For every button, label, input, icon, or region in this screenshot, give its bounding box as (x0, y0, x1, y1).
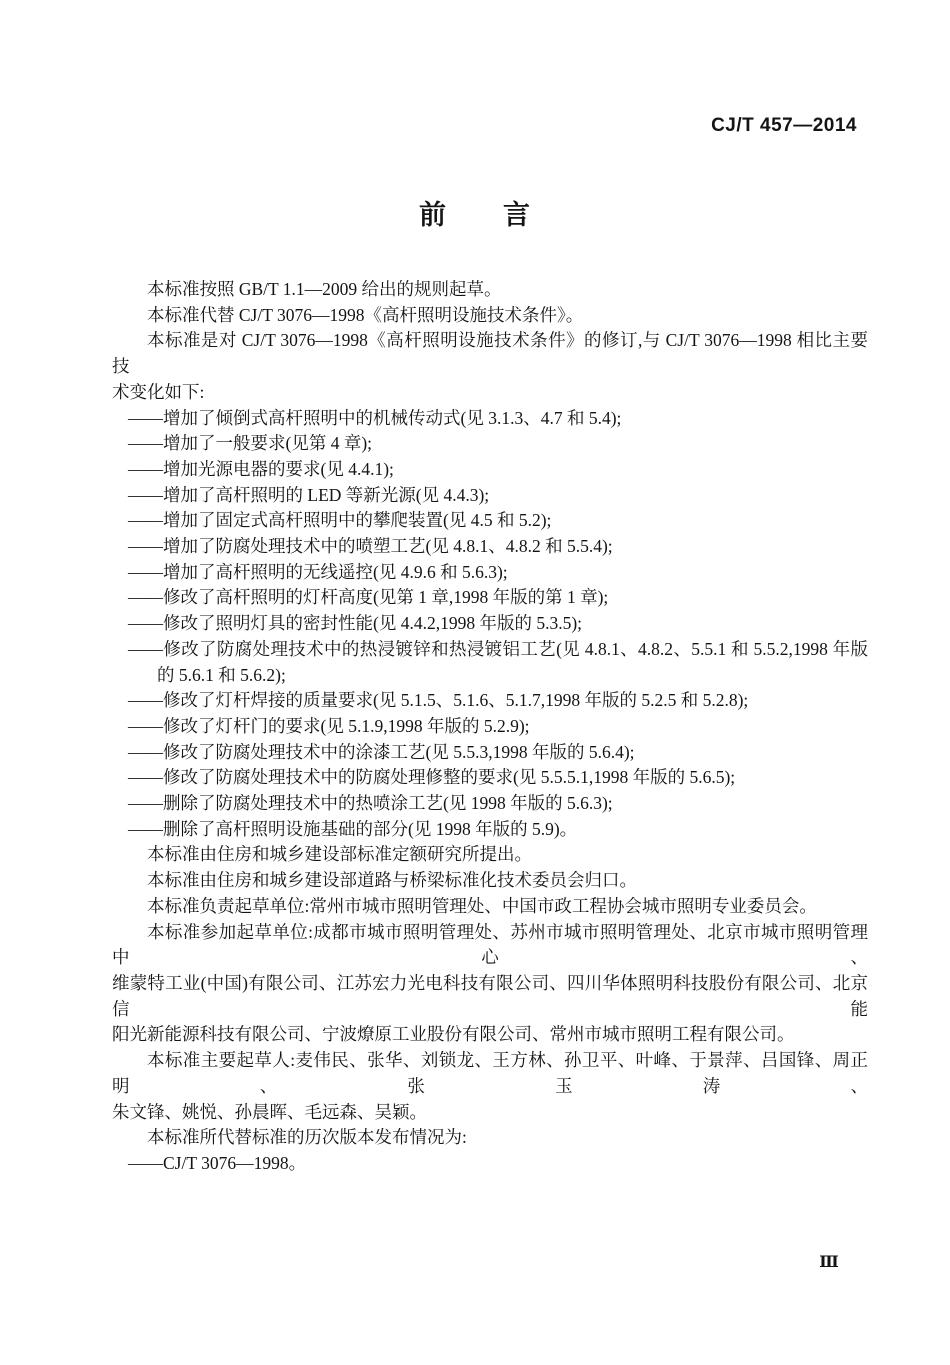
text-line: 本标准主要起草人:麦伟民、张华、刘锁龙、王方林、孙卫平、叶峰、于景萍、吕国锋、周… (112, 1048, 868, 1099)
document-page: CJ/T 457—2014 前 言 本标准按照 GB/T 1.1—2009 给出… (0, 0, 950, 1365)
text-line: ——修改了灯杆门的要求(见 5.1.9,1998 年版的 5.2.9); (112, 714, 868, 740)
text-line: ——删除了防腐处理技术中的热喷涂工艺(见 1998 年版的 5.6.3); (112, 791, 868, 817)
text-line: ——修改了高杆照明的灯杆高度(见第 1 章,1998 年版的第 1 章); (112, 585, 868, 611)
text-line: 阳光新能源科技有限公司、宁波燎原工业股份有限公司、常州市城市照明工程有限公司。 (112, 1022, 868, 1048)
text-line: 本标准由住房和城乡建设部道路与桥梁标准化技术委员会归口。 (112, 868, 868, 894)
text-line: 本标准代替 CJ/T 3076—1998《高杆照明设施技术条件》。 (112, 303, 868, 329)
text-line: 本标准所代替标准的历次版本发布情况为: (112, 1125, 868, 1151)
text-line: ——修改了防腐处理技术中的防腐处理修整的要求(见 5.5.5.1,1998 年版… (112, 765, 868, 791)
text-line: ——CJ/T 3076—1998。 (112, 1151, 868, 1177)
foreword-body: 本标准按照 GB/T 1.1—2009 给出的规则起草。本标准代替 CJ/T 3… (112, 277, 868, 1177)
text-line: 本标准由住房和城乡建设部标准定额研究所提出。 (112, 842, 868, 868)
text-line: ——增加了防腐处理技术中的喷塑工艺(见 4.8.1、4.8.2 和 5.5.4)… (112, 534, 868, 560)
page-number: Ⅲ (807, 1252, 851, 1272)
text-line: ——修改了照明灯具的密封性能(见 4.4.2,1998 年版的 5.3.5); (112, 611, 868, 637)
page-title: 前 言 (0, 193, 950, 232)
text-line: 本标准负责起草单位:常州市城市照明管理处、中国市政工程协会城市照明专业委员会。 (112, 894, 868, 920)
text-line: ——增加了高杆照明的 LED 等新光源(见 4.4.3); (112, 483, 868, 509)
text-line: ——修改了防腐处理技术中的热浸镀锌和热浸镀铝工艺(见 4.8.1、4.8.2、5… (112, 637, 868, 663)
text-line: ——删除了高杆照明设施基础的部分(见 1998 年版的 5.9)。 (112, 817, 868, 843)
text-line: ——增加了一般要求(见第 4 章); (112, 431, 868, 457)
text-line: 朱文锋、姚悦、孙晨晖、毛远森、吴颖。 (112, 1100, 868, 1126)
text-line: 的 5.6.1 和 5.6.2); (112, 663, 868, 689)
text-line: 术变化如下: (112, 380, 868, 406)
text-line: ——增加了高杆照明的无线遥控(见 4.9.6 和 5.6.3); (112, 560, 868, 586)
text-line: ——增加光源电器的要求(见 4.4.1); (112, 457, 868, 483)
text-line: 本标准是对 CJ/T 3076—1998《高杆照明设施技术条件》的修订,与 CJ… (112, 328, 868, 379)
text-line: 维蒙特工业(中国)有限公司、江苏宏力光电科技有限公司、四川华体照明科技股份有限公… (112, 971, 868, 1022)
text-line: ——增加了倾倒式高杆照明中的机械传动式(见 3.1.3、4.7 和 5.4); (112, 406, 868, 432)
text-line: ——修改了灯杆焊接的质量要求(见 5.1.5、5.1.6、5.1.7,1998 … (112, 688, 868, 714)
text-line: 本标准参加起草单位:成都市城市照明管理处、苏州市城市照明管理处、北京市城市照明管… (112, 920, 868, 971)
text-line: ——修改了防腐处理技术中的涂漆工艺(见 5.5.3,1998 年版的 5.6.4… (112, 740, 868, 766)
doc-number: CJ/T 457—2014 (711, 115, 857, 137)
text-line: 本标准按照 GB/T 1.1—2009 给出的规则起草。 (112, 277, 868, 303)
text-line: ——增加了固定式高杆照明中的攀爬装置(见 4.5 和 5.2); (112, 508, 868, 534)
